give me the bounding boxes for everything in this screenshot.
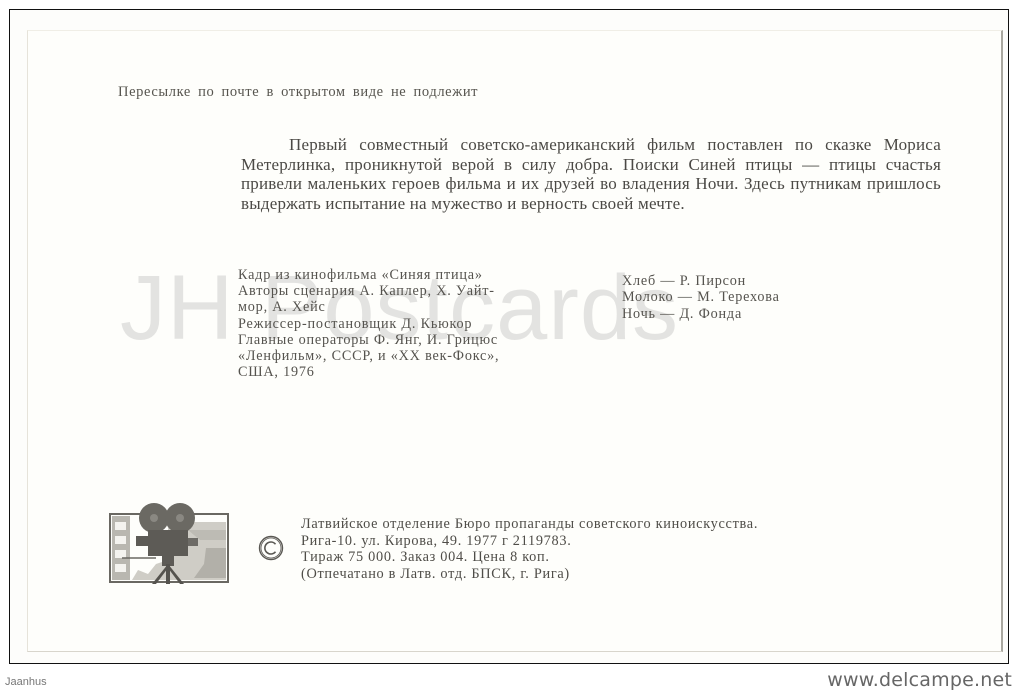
credit-line: США, 1976	[238, 364, 499, 380]
copyright-icon	[258, 535, 284, 561]
site-link[interactable]: www.delcampe.net	[827, 669, 1012, 691]
film-camera-icon	[108, 500, 230, 586]
publisher-line: Тираж 75 000. Заказ 004. Цена 8 коп.	[301, 549, 758, 566]
publisher-line: Латвийское отделение Бюро пропаганды сов…	[301, 516, 758, 533]
film-credits: Кадр из кинофильма «Синяя птица» Авторы …	[238, 267, 499, 380]
cast-line: Молоко — М. Терехова	[622, 289, 780, 305]
credit-line: Кадр из кинофильма «Синяя птица»	[238, 267, 499, 283]
credit-line: мор, А. Хейс	[238, 299, 499, 315]
cast-line: Ночь — Д. Фонда	[622, 306, 780, 322]
cast-line: Хлеб — Р. Пирсон	[622, 273, 780, 289]
cast-list: Хлеб — Р. Пирсон Молоко — М. Терехова Но…	[622, 273, 780, 322]
credit-line: Главные операторы Ф. Янг, И. Грицюс	[238, 332, 499, 348]
description-text: Первый совместный советско-американский …	[241, 135, 941, 213]
publisher-line: (Отпечатано в Латв. отд. БПСК, г. Рига)	[301, 566, 758, 583]
credit-line: Авторы сценария А. Каплер, Х. Уайт-	[238, 283, 499, 299]
postal-notice: Пересылке по почте в открытом виде не по…	[118, 84, 478, 101]
film-description: Первый совместный советско-американский …	[241, 135, 941, 213]
seller-name: Jaanhus	[5, 676, 47, 688]
publisher-info: Латвийское отделение Бюро пропаганды сов…	[301, 516, 758, 582]
publisher-line: Рига-10. ул. Кирова, 49. 1977 г 2119783.	[301, 533, 758, 550]
credit-line: «Ленфильм», СССР, и «XX век-Фокс»,	[238, 348, 499, 364]
credit-line: Режиссер-постановщик Д. Кьюкор	[238, 316, 499, 332]
